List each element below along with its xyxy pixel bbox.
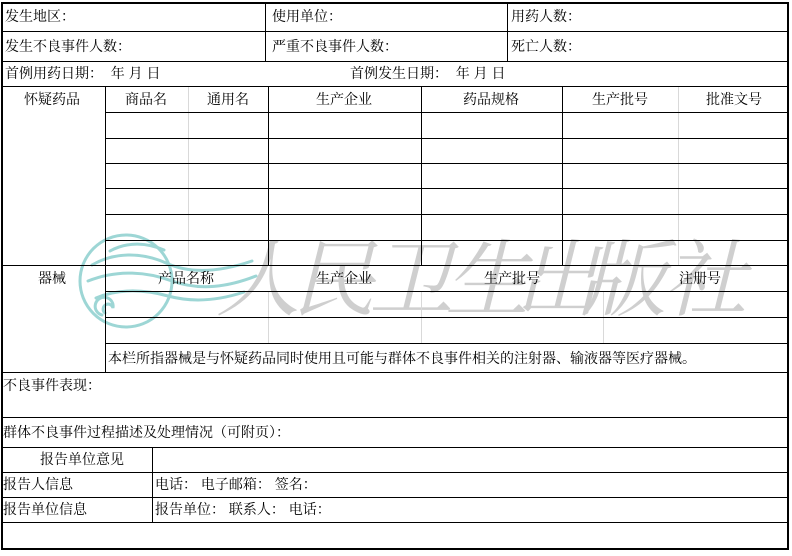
region-label: 发生地区： [5, 8, 75, 24]
device-empty-row-2[interactable] [106, 318, 789, 342]
use-unit-input[interactable] [345, 4, 505, 30]
device-note: 本栏所指器械是与怀疑药品同时使用且可能与群体不良事件相关的注射器、输液器等医疗器… [108, 350, 696, 366]
death-count-label: 死亡人数： [511, 38, 581, 54]
medication-count-input[interactable] [584, 4, 787, 30]
drug-col-header-manufacturer: 生产企业 [316, 91, 372, 107]
serious-count-label: 严重不良事件人数： [272, 38, 398, 54]
medication-count-label: 用药人数： [511, 8, 581, 24]
region-input[interactable] [78, 4, 263, 30]
drug-empty-row-3[interactable] [106, 164, 789, 187]
drug-empty-row-1[interactable] [106, 113, 789, 137]
drug-empty-row-6[interactable] [106, 241, 789, 264]
grid-line-h [105, 343, 789, 344]
suspected-drug-row-label: 怀疑药品 [24, 91, 80, 107]
drug-empty-row-2[interactable] [106, 139, 789, 162]
unit-opinion-label: 报告单位意见 [40, 451, 124, 467]
grid-line-h [3, 31, 789, 32]
unit-info-label: 报告单位信息 [3, 501, 87, 517]
reporter-fields-input[interactable] [330, 473, 788, 496]
grid-line-v [507, 3, 508, 61]
grid-line-h [3, 372, 789, 373]
unit-fields-input[interactable] [365, 498, 788, 521]
adverse-manifestation-label: 不良事件表现： [3, 377, 101, 393]
reporter-fields-label: 电话： 电子邮箱： 签名： [155, 476, 317, 492]
grid-line-h [3, 417, 789, 418]
bottom-empty-row[interactable] [3, 523, 789, 549]
unit-fields-label: 报告单位： 联系人： 电话： [155, 501, 331, 517]
drug-col-header-spec: 药品规格 [463, 91, 519, 107]
device-row-label: 器械 [38, 270, 66, 286]
device-col-header-manufacturer: 生产企业 [316, 270, 372, 286]
reporter-info-label: 报告人信息 [3, 476, 73, 492]
grid-line-v [152, 447, 153, 522]
group-adverse-event-report-form: 人 民 卫 生 出 版 社 发生地区： 使用单位： 用药人数： 发生不良事件人数… [0, 0, 792, 556]
unit-opinion-input[interactable] [154, 448, 788, 471]
adverse-count-label: 发生不良事件人数： [5, 38, 131, 54]
process-description-label: 群体不良事件过程描述及处理情况（可附页）： [3, 424, 290, 440]
grid-line-h [3, 61, 789, 62]
grid-line-h [3, 86, 789, 87]
device-col-header-registration-no: 注册号 [679, 270, 721, 286]
serious-count-input[interactable] [400, 33, 505, 59]
grid-line-h [3, 265, 789, 266]
drug-empty-row-4[interactable] [106, 189, 789, 213]
adverse-manifestation-input[interactable] [120, 376, 788, 416]
device-col-header-product-name: 产品名称 [158, 270, 214, 286]
device-col-header-batch-no: 生产批号 [484, 270, 540, 286]
first-onset-date-input[interactable] [442, 63, 592, 84]
use-unit-label: 使用单位： [272, 8, 342, 24]
device-empty-row-1[interactable] [106, 292, 789, 316]
drug-empty-row-5[interactable] [106, 215, 789, 239]
grid-line-v [265, 3, 266, 61]
drug-col-header-approval-no: 批准文号 [706, 91, 762, 107]
death-count-input[interactable] [584, 33, 787, 59]
drug-col-header-batch-no: 生产批号 [592, 91, 648, 107]
adverse-count-input[interactable] [133, 33, 263, 59]
first-use-date-input[interactable] [95, 63, 245, 84]
drug-col-header-trade-name: 商品名 [125, 91, 167, 107]
drug-col-header-generic-name: 通用名 [207, 91, 249, 107]
process-description-input[interactable] [310, 419, 788, 446]
